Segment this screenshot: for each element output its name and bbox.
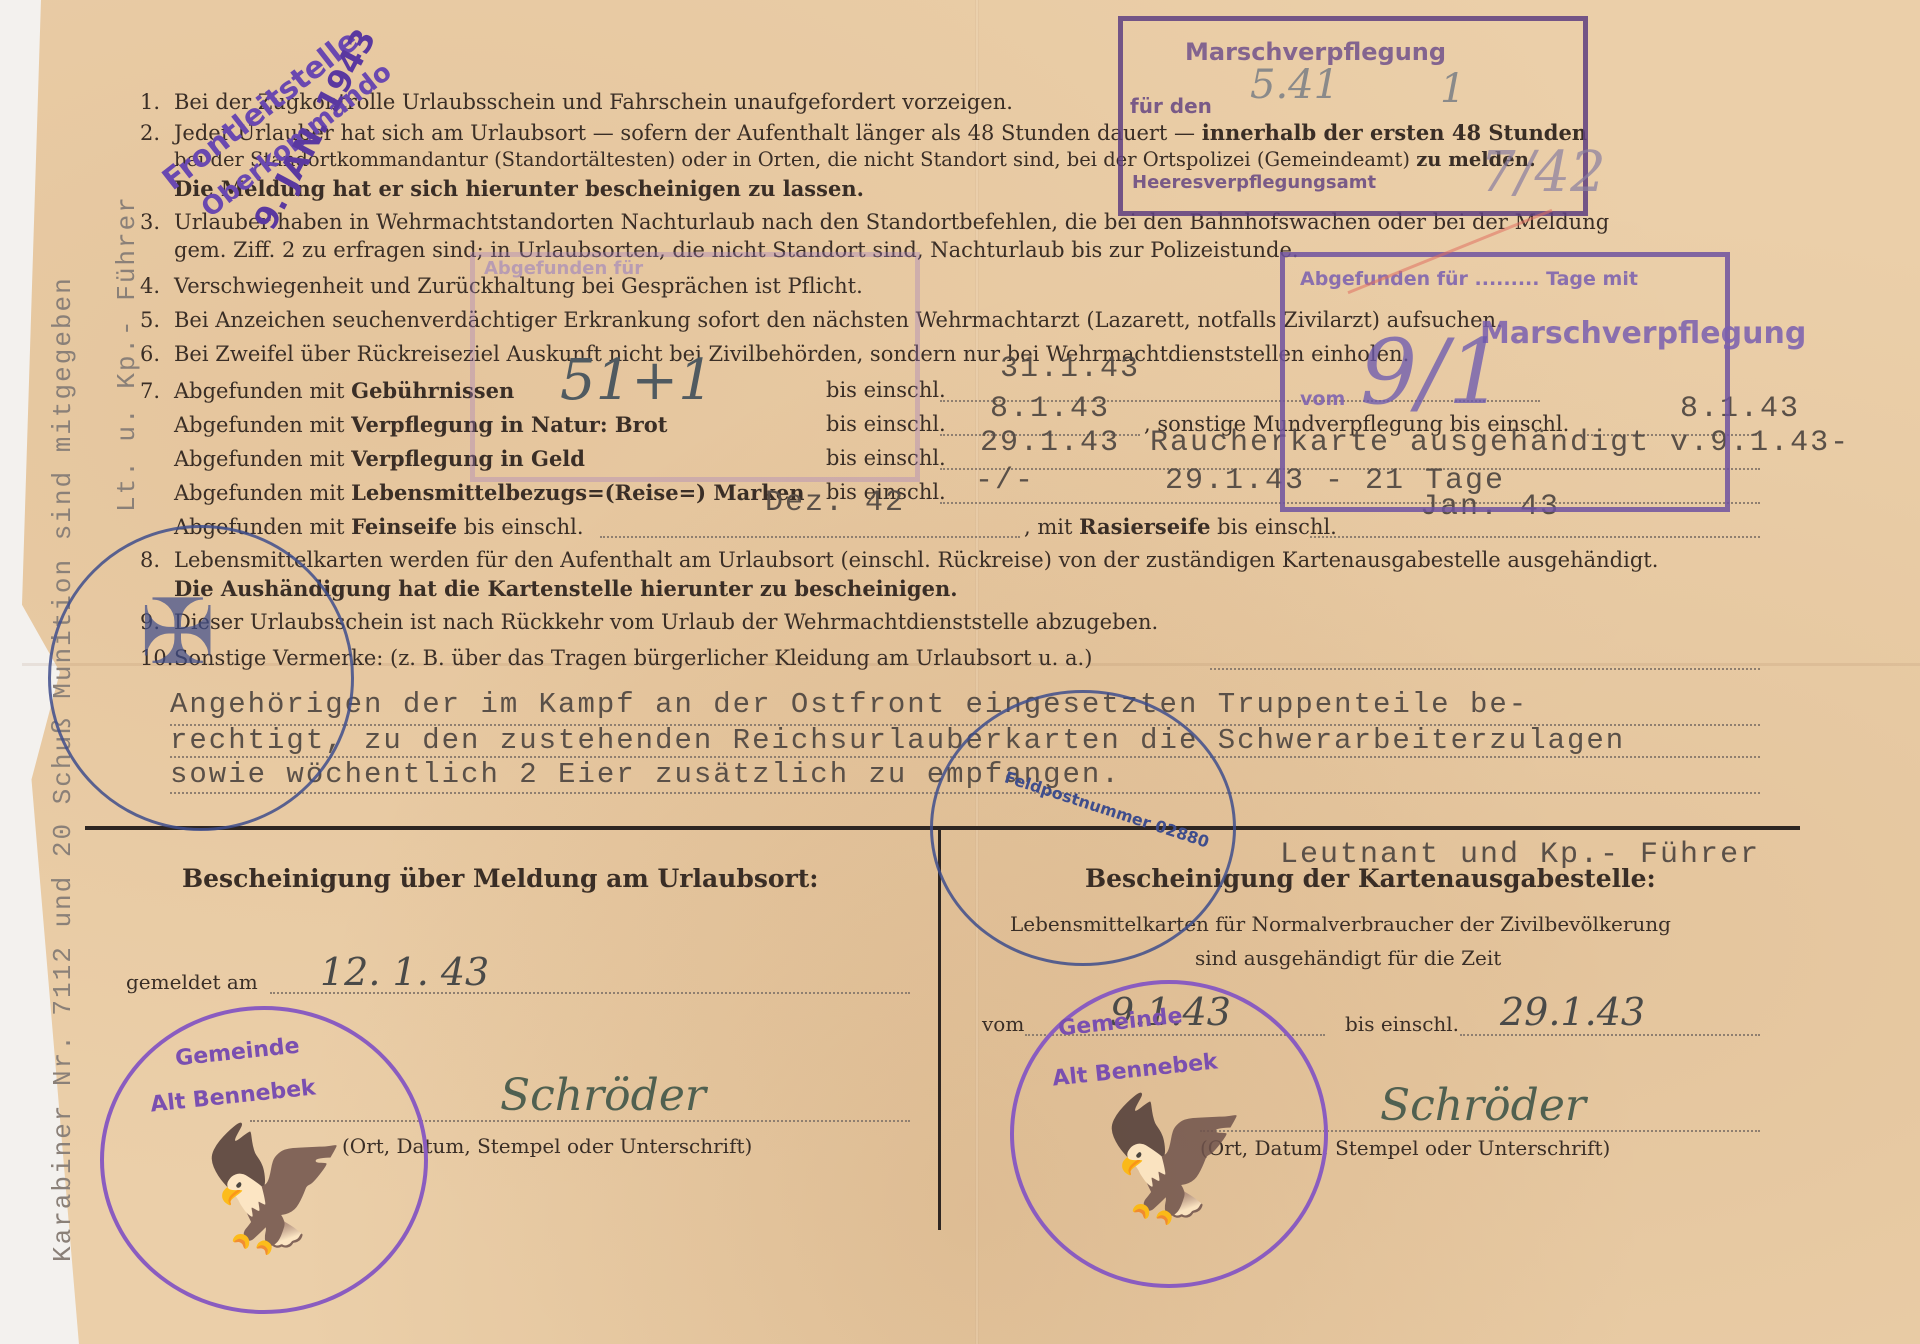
- item-7-row-4-value: -/-: [975, 464, 1035, 498]
- right-cert-line-2: sind ausgehändigt für die Zeit: [1195, 948, 1501, 968]
- reported-value: 12. 1. 43: [320, 950, 489, 994]
- left-signature: Schröder: [500, 1070, 706, 1121]
- item-7-row-3-value: 29.1.43: [980, 426, 1120, 460]
- marsch-for-value: 5.41: [1250, 62, 1339, 108]
- from-label: vom: [982, 1014, 1024, 1034]
- abgefunden-left-title: Abgefunden für: [484, 258, 643, 279]
- abgefunden-right-title: Abgefunden für ......... Tage mit: [1300, 268, 1638, 290]
- margin-role-note: Lt. u. Kp.- Führer: [112, 195, 142, 512]
- reported-label: gemeldet am: [126, 972, 258, 992]
- typed-remark-1: Angehörigen der im Kampf an der Ostfront…: [170, 688, 1528, 721]
- eagle-emblem-icon-right: 🦅: [1100, 1090, 1249, 1230]
- marsch-to-value: 1: [1440, 66, 1465, 112]
- margin-typed-note: Karabiner Nr. 7112 und 20 Schuß Munition…: [48, 276, 78, 1262]
- to-label: bis einschl.: [1345, 1014, 1459, 1034]
- to-line: [1460, 1034, 1760, 1036]
- marsch-for-label: für den: [1130, 94, 1212, 118]
- abgefunden-left-handwritten: 51+1: [560, 348, 714, 413]
- fold-line-vertical: [975, 0, 979, 1344]
- abgefunden-right-from: vom: [1300, 388, 1345, 410]
- item-7-row-5-line: [600, 536, 1020, 538]
- marsch-handwritten: 7/42: [1480, 140, 1606, 205]
- item-7-row-1-value: 31.1.43: [1000, 352, 1140, 386]
- item-7-row-2-value: 8.1.43: [990, 392, 1110, 426]
- item-8: 8.Lebensmittelkarten werden für den Aufe…: [140, 550, 1658, 571]
- feldpost-left-eagle-icon: ✠: [140, 580, 215, 685]
- abgefunden-right-subtitle: Marschverpflegung: [1480, 316, 1806, 351]
- marsch-stamp-bottom: Heeresverpflegungsamt: [1132, 172, 1376, 193]
- item-7-row-5-extra-line: [1310, 536, 1760, 538]
- typed-remark-2: rechtigt, zu den zustehenden Reichsurlau…: [170, 724, 1625, 757]
- item-10-line: [1210, 668, 1760, 670]
- left-certificate-title: Bescheinigung über Meldung am Urlaubsort…: [182, 866, 819, 891]
- item-7-row-4: Abgefunden mit Lebensmittelbezugs=(Reise…: [174, 482, 805, 504]
- abgefunden-right-handwritten: 9/1: [1360, 320, 1505, 425]
- item-7-row-1: 7.Abgefunden mit Gebührnissen: [140, 380, 514, 402]
- to-value: 29.1.43: [1500, 990, 1645, 1034]
- certificate-divider: [938, 830, 941, 1230]
- right-signature: Schröder: [1380, 1080, 1586, 1131]
- item-7-row-5-value: Dez. 42: [765, 486, 905, 520]
- item-7-row-5-extra: , mit Rasierseife bis einschl.: [1024, 516, 1337, 538]
- eagle-emblem-icon: 🦅: [200, 1120, 349, 1260]
